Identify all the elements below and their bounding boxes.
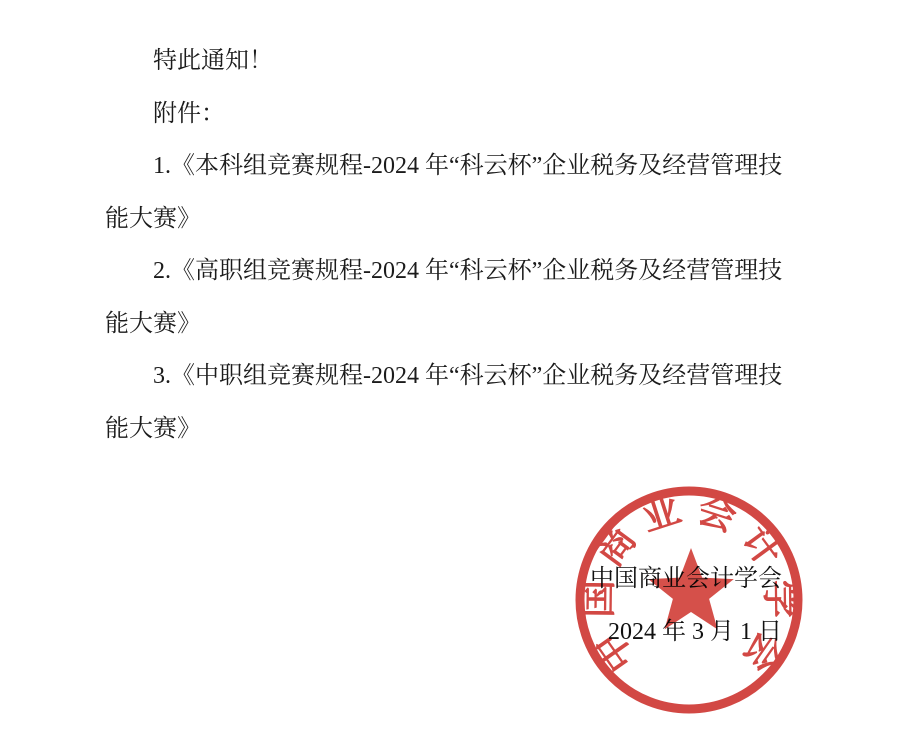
signature-block: 中国商业会计学会 2024 年 3 月 1 日 [590,553,782,658]
attachment-2-line-1: 2.《高职组竞赛规程-2024 年“科云杯”企业税务及经营管理技 [105,245,821,298]
attachment-3-line-2: 能大赛》 [105,403,821,456]
attachments-label: 附件： [105,88,821,141]
seal-ring-char-4: 业 [637,489,686,541]
seal-ring-char-5: 会 [692,489,741,541]
attachment-1-line-2: 能大赛》 [105,193,821,246]
notice-line: 特此通知！ [105,35,821,88]
document-page: 特此通知！ 附件： 1.《本科组竞赛规程-2024 年“科云杯”企业税务及经营管… [0,0,899,733]
attachment-1-line-1: 1.《本科组竞赛规程-2024 年“科云杯”企业税务及经营管理技 [105,140,821,193]
signature-organization: 中国商业会计学会 [590,553,782,606]
signature-date: 2024 年 3 月 1 日 [590,606,782,659]
document-body: 特此通知！ 附件： 1.《本科组竞赛规程-2024 年“科云杯”企业税务及经营管… [105,35,821,455]
attachment-2-line-2: 能大赛》 [105,298,821,351]
attachment-3-line-1: 3.《中职组竞赛规程-2024 年“科云杯”企业税务及经营管理技 [105,350,821,403]
